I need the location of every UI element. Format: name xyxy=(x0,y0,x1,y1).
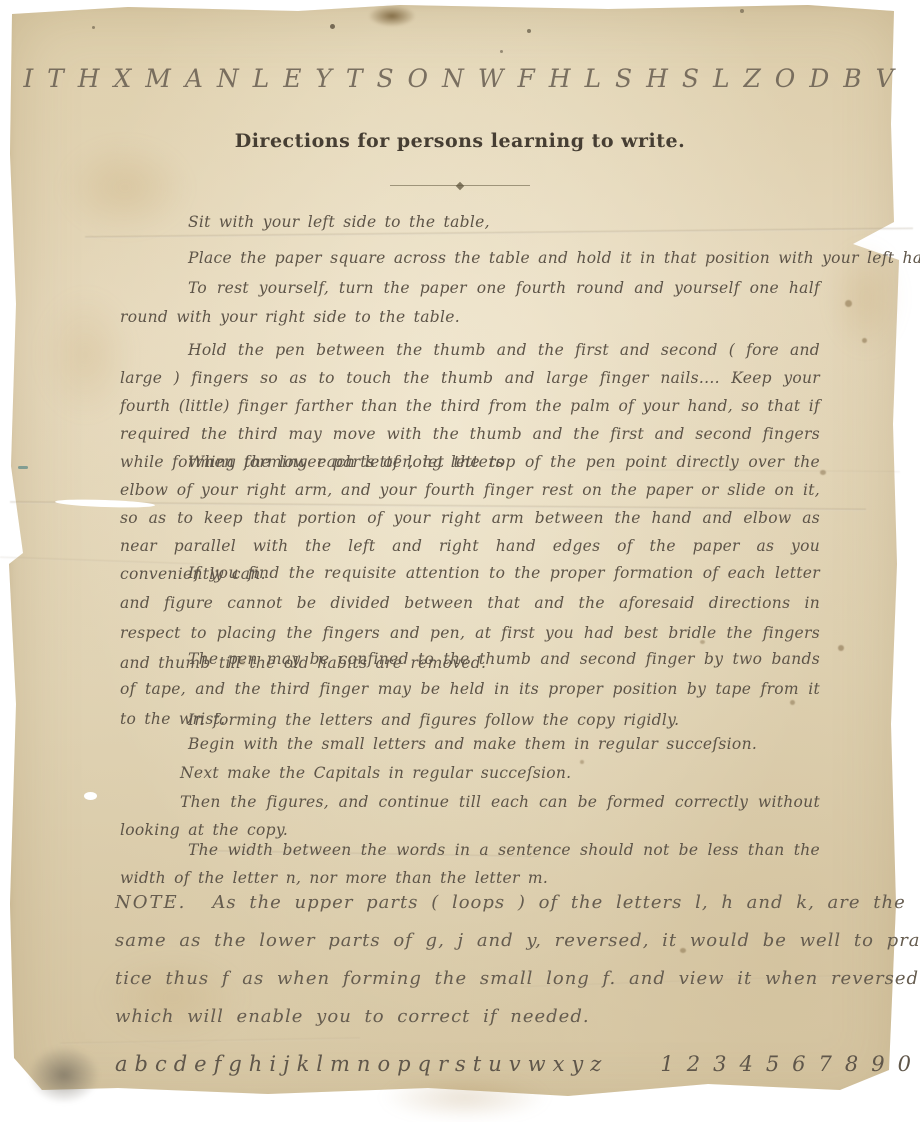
note-section: NOTE.As the upper parts ( loops ) of the… xyxy=(115,884,827,1036)
note-label: NOTE. xyxy=(115,892,186,913)
ornament-divider xyxy=(390,182,530,189)
paragraph: Sit with your left side to the table, xyxy=(120,208,820,237)
paragraph: To rest yourself, turn the paper one fou… xyxy=(120,274,820,332)
note-line: tice thus f as when forming the small lo… xyxy=(115,960,827,998)
figures-exemplar: 1234567890 xyxy=(660,1052,920,1076)
document-content: I T H X M A N L E Y T S O N W F H L S H … xyxy=(0,0,920,1122)
note-line: same as the lower parts of g, j and y, r… xyxy=(115,922,827,960)
paragraph: Begin with the small letters and make th… xyxy=(120,730,820,759)
screenshot-stage: I T H X M A N L E Y T S O N W F H L S H … xyxy=(0,0,920,1122)
note-text: As the upper parts ( loops ) of the lett… xyxy=(212,892,905,913)
capital-letters-exemplar: I T H X M A N L E Y T S O N W F H L S H … xyxy=(0,64,920,93)
paragraph: Next make the Capitals in regular succeſ… xyxy=(120,759,820,788)
note-line: which will enable you to correct if need… xyxy=(115,998,827,1036)
note-line: NOTE.As the upper parts ( loops ) of the… xyxy=(115,884,827,922)
document-title: Directions for persons learning to write… xyxy=(0,130,920,152)
exemplar-footer: abcdefghijklmnopqrstuvwxyz 1234567890 xyxy=(115,1052,855,1076)
lowercase-alphabet-exemplar: abcdefghijklmnopqrstuvwxyz xyxy=(115,1052,608,1076)
paragraph: Place the paper square across the table … xyxy=(120,244,820,273)
